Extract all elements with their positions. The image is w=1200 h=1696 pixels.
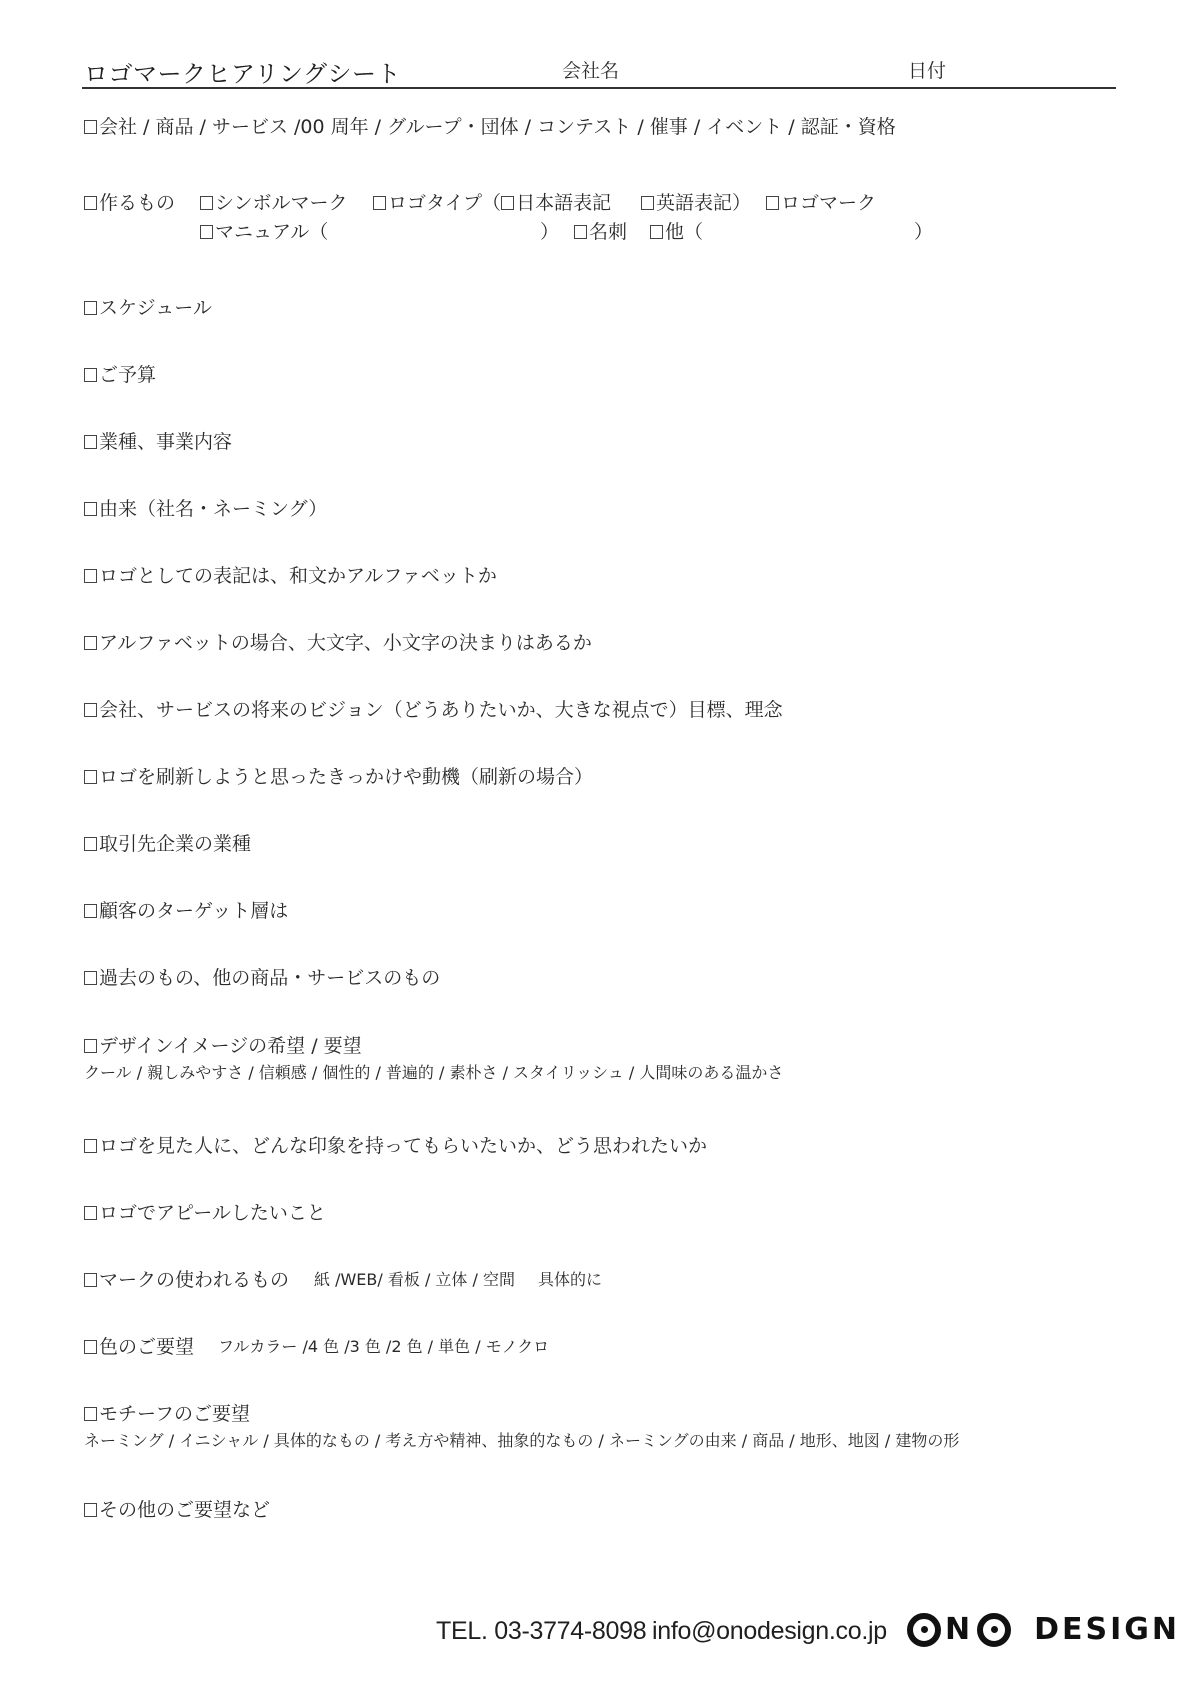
deliverables-label: 作るもの: [99, 192, 175, 214]
logo-n: N: [945, 1612, 973, 1647]
manual-label: マニュアル（: [215, 221, 328, 243]
deliverables-business-card: 名刺: [574, 217, 627, 244]
item-past: 過去のもの、他の商品・サービスのもの: [84, 963, 440, 990]
item-color: 色のご要望: [84, 1332, 194, 1359]
checkbox-usage[interactable]: [84, 1273, 97, 1287]
other-close: ）: [914, 217, 933, 244]
item-client-industry: 取引先企業の業種: [84, 829, 251, 856]
english-notation-label: 英語表記）: [656, 192, 751, 214]
checkbox-appeal[interactable]: [84, 1206, 97, 1220]
impression-label: ロゴを見た人に、どんな印象を持ってもらいたいか、どう思われたいか: [99, 1135, 707, 1157]
checkbox-renewal-reason[interactable]: [84, 770, 97, 784]
item-schedule: スケジュール: [84, 293, 212, 320]
color-label: 色のご要望: [99, 1336, 194, 1358]
item-usage: マークの使われるもの: [84, 1265, 289, 1292]
item-renewal-reason: ロゴを刷新しようと思ったきっかけや動機（刷新の場合）: [84, 762, 593, 789]
schedule-label: スケジュール: [99, 297, 212, 319]
color-options: フルカラー /4 色 /3 色 /2 色 / 単色 / モノクロ: [218, 1334, 549, 1357]
deliverables-logomark: ロゴマーク: [766, 188, 876, 215]
item-origin: 由来（社名・ネーミング）: [84, 494, 327, 521]
motif-options: ネーミング / イニシャル / 具体的なもの / 考え方や精神、抽象的なもの /…: [84, 1428, 959, 1451]
checkbox-deliverables[interactable]: [84, 196, 97, 210]
checkbox-symbol-mark[interactable]: [200, 196, 213, 210]
logo-o-circle-icon: [907, 1613, 941, 1647]
item-deliverables: 作るもの: [84, 188, 175, 215]
item-vision: 会社、サービスの将来のビジョン（どうありたいか、大きな視点で）目標、理念: [84, 695, 783, 722]
business-card-label: 名刺: [589, 221, 627, 243]
checkbox-english-notation[interactable]: [641, 196, 654, 210]
checkbox-notation[interactable]: [84, 569, 97, 583]
checkbox-vision[interactable]: [84, 703, 97, 717]
appeal-label: ロゴでアピールしたいこと: [99, 1202, 326, 1224]
origin-label: 由来（社名・ネーミング）: [99, 498, 327, 520]
checkbox-impression[interactable]: [84, 1139, 97, 1153]
checkbox-business-card[interactable]: [574, 225, 587, 239]
design-image-options: クール / 親しみやすさ / 信頼感 / 個性的 / 普遍的 / 素朴さ / ス…: [84, 1060, 783, 1083]
manual-close: ）: [540, 217, 559, 244]
usage-options: 紙 /WEB/ 看板 / 立体 / 空間: [314, 1267, 515, 1290]
other-requests-label: その他のご要望など: [99, 1499, 270, 1521]
checkbox-schedule[interactable]: [84, 301, 97, 315]
notation-label: ロゴとしての表記は、和文かアルファベットか: [99, 565, 497, 587]
checkbox-category[interactable]: [84, 120, 97, 134]
deliverables-other: 他（: [650, 217, 703, 244]
ono-design-logo: N DESIGN: [906, 1612, 1180, 1647]
item-motif: モチーフのご要望: [84, 1399, 250, 1426]
checkbox-other[interactable]: [650, 225, 663, 239]
industry-label: 業種、事業内容: [99, 431, 232, 453]
item-notation: ロゴとしての表記は、和文かアルファベットか: [84, 561, 497, 588]
item-impression: ロゴを見た人に、どんな印象を持ってもらいたいか、どう思われたいか: [84, 1131, 707, 1158]
checkbox-client-industry[interactable]: [84, 837, 97, 851]
vision-label: 会社、サービスの将来のビジョン（どうありたいか、大きな視点で）目標、理念: [99, 699, 783, 721]
checkbox-budget[interactable]: [84, 368, 97, 382]
date-label: 日付: [908, 56, 946, 83]
logo-o-circle-icon: [977, 1613, 1011, 1647]
item-alphabet-case: アルファベットの場合、大文字、小文字の決まりはあるか: [84, 628, 592, 655]
item-other-requests: その他のご要望など: [84, 1495, 270, 1522]
usage-specific: 具体的に: [538, 1267, 602, 1290]
checkbox-target[interactable]: [84, 904, 97, 918]
motif-label: モチーフのご要望: [99, 1403, 250, 1425]
deliverables-row-1: シンボルマーク: [200, 188, 348, 215]
checkbox-origin[interactable]: [84, 502, 97, 516]
deliverables-english: 英語表記）: [641, 188, 751, 215]
checkbox-japanese-notation[interactable]: [501, 196, 514, 210]
checkbox-logo-mark[interactable]: [766, 196, 779, 210]
target-label: 顧客のターゲット層は: [99, 900, 288, 922]
item-budget: ご予算: [84, 360, 156, 387]
deliverables-logotype: ロゴタイプ（日本語表記: [373, 188, 611, 215]
budget-label: ご予算: [99, 364, 156, 386]
logo-word: DESIGN: [1034, 1612, 1180, 1647]
category-text: 会社 / 商品 / サービス /00 周年 / グループ・団体 / コンテスト …: [99, 116, 896, 138]
checkbox-motif[interactable]: [84, 1407, 97, 1421]
checkbox-color[interactable]: [84, 1340, 97, 1354]
design-image-label: デザインイメージの希望 / 要望: [99, 1035, 362, 1057]
footer-tel: TEL. 03-3774-8098: [436, 1617, 646, 1646]
checkbox-alphabet-case[interactable]: [84, 636, 97, 650]
past-label: 過去のもの、他の商品・サービスのもの: [99, 967, 440, 989]
header-divider: [82, 87, 1116, 89]
alphabet-case-label: アルファベットの場合、大文字、小文字の決まりはあるか: [99, 632, 592, 654]
client-industry-label: 取引先企業の業種: [99, 833, 251, 855]
logo-mark-label: ロゴマーク: [781, 192, 876, 214]
checkbox-design-image[interactable]: [84, 1039, 97, 1053]
symbol-mark-label: シンボルマーク: [215, 192, 348, 214]
item-appeal: ロゴでアピールしたいこと: [84, 1198, 326, 1225]
checkbox-other-requests[interactable]: [84, 1503, 97, 1517]
renewal-reason-label: ロゴを刷新しようと思ったきっかけや動機（刷新の場合）: [99, 766, 593, 788]
checkbox-industry[interactable]: [84, 435, 97, 449]
checkbox-manual[interactable]: [200, 225, 213, 239]
item-target: 顧客のターゲット層は: [84, 896, 288, 923]
sheet-title: ロゴマークヒアリングシート: [84, 54, 401, 89]
checkbox-logotype[interactable]: [373, 196, 386, 210]
company-name-label: 会社名: [562, 56, 619, 83]
item-design-image: デザインイメージの希望 / 要望: [84, 1031, 362, 1058]
other-label: 他（: [665, 221, 703, 243]
logotype-label: ロゴタイプ（: [388, 192, 501, 214]
checkbox-past[interactable]: [84, 971, 97, 985]
item-industry: 業種、事業内容: [84, 427, 232, 454]
item-category: 会社 / 商品 / サービス /00 周年 / グループ・団体 / コンテスト …: [84, 112, 896, 139]
deliverables-manual: マニュアル（: [200, 217, 328, 244]
footer-email[interactable]: info@onodesign.co.jp: [652, 1617, 887, 1646]
usage-label: マークの使われるもの: [99, 1269, 289, 1291]
japanese-notation-label: 日本語表記: [516, 192, 611, 214]
